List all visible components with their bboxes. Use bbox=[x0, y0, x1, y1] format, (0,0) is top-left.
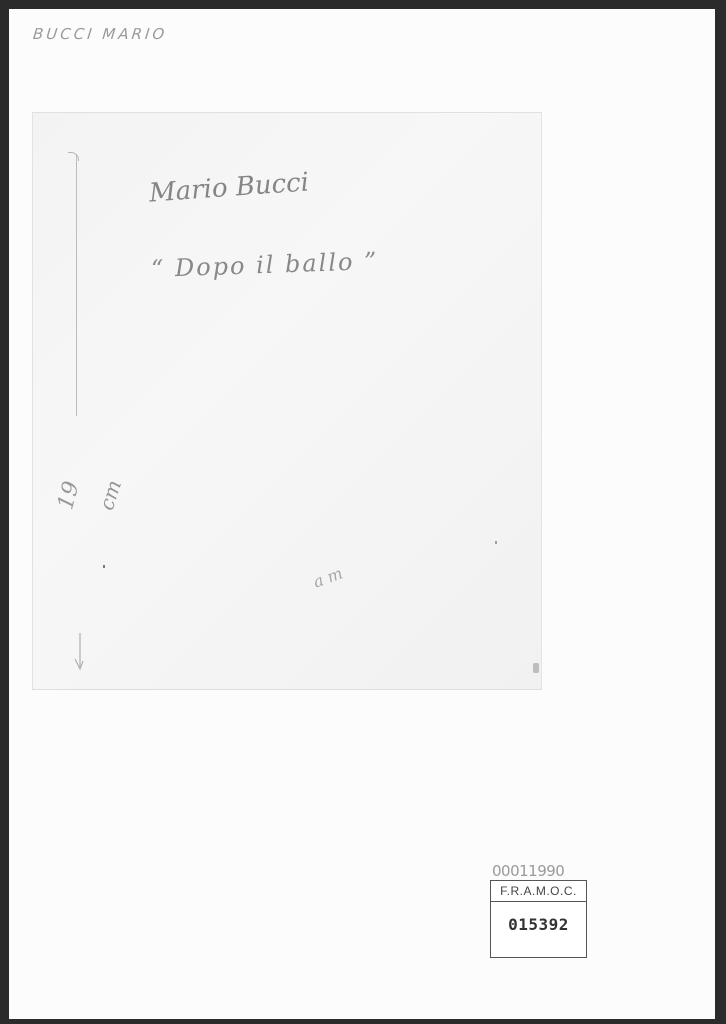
archive-stamp: F.R.A.M.O.C. 015392 bbox=[490, 880, 587, 958]
corner-stain bbox=[533, 663, 539, 673]
measure-line bbox=[76, 154, 77, 416]
photo-back: Mario Bucci “ Dopo il ballo ” 19 cm a m bbox=[32, 112, 542, 690]
stamp-label: F.R.A.M.O.C. bbox=[491, 881, 586, 902]
ink-dot bbox=[103, 565, 105, 568]
arrow-down-icon bbox=[73, 631, 87, 673]
title-note: “ Dopo il ballo ” bbox=[151, 247, 379, 283]
dimension-number: 19 bbox=[53, 479, 84, 513]
header-note: BUCCI MARIO bbox=[32, 25, 168, 43]
stamp-code: 015392 bbox=[491, 915, 586, 934]
ink-dot bbox=[495, 541, 497, 544]
measure-hook-mark bbox=[68, 152, 79, 161]
author-signature: Mario Bucci bbox=[148, 167, 310, 208]
initials: a m bbox=[311, 563, 345, 591]
dimension-unit: cm bbox=[94, 477, 126, 513]
document-sheet: BUCCI MARIO Mario Bucci “ Dopo il ballo … bbox=[9, 9, 715, 1019]
inventory-number: 00011990 bbox=[492, 862, 564, 880]
